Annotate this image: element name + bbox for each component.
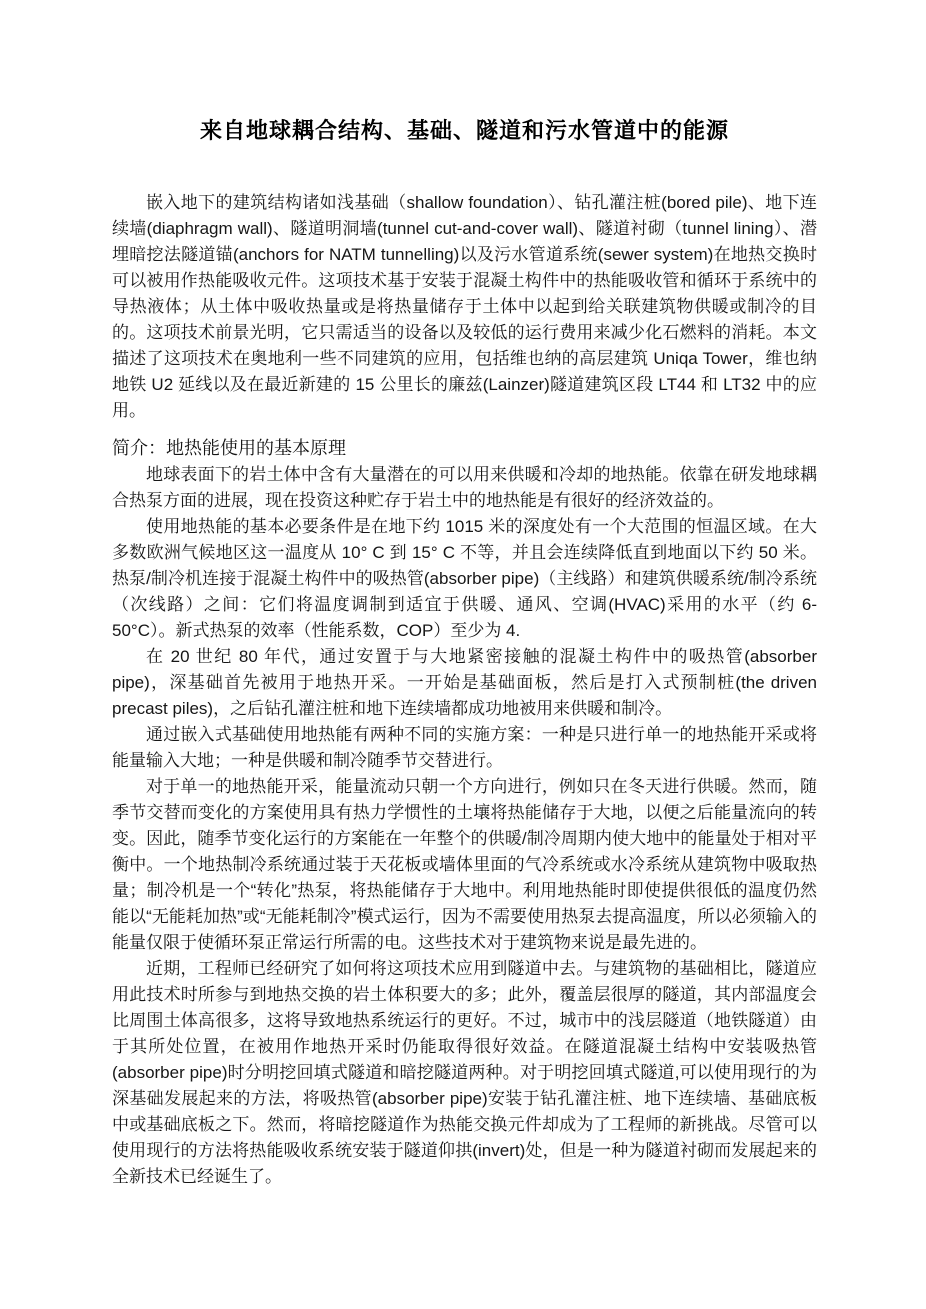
abstract-paragraph: 嵌入地下的建筑结构诸如浅基础（shallow foundation）、钻孔灌注桩… <box>112 190 817 424</box>
section-heading: 简介：地热能使用的基本原理 <box>112 435 817 462</box>
body-paragraph-2: 使用地热能的基本必要条件是在地下约 1015 米的深度处有一个大范围的恒温区域。… <box>112 514 817 644</box>
document-content: 来自地球耦合结构、基础、隧道和污水管道中的能源 嵌入地下的建筑结构诸如浅基础（s… <box>112 116 817 1190</box>
body-paragraph-5: 对于单一的地热能开采，能量流动只朝一个方向进行，例如只在冬天进行供暖。然而，随季… <box>112 774 817 956</box>
body-paragraph-3: 在 20 世纪 80 年代，通过安置于与大地紧密接触的混凝土构件中的吸热管(ab… <box>112 644 817 722</box>
body-paragraph-1: 地球表面下的岩土体中含有大量潜在的可以用来供暖和冷却的地热能。依靠在研发地球耦合… <box>112 462 817 514</box>
body-paragraph-4: 通过嵌入式基础使用地热能有两种不同的实施方案：一种是只进行单一的地热能开采或将能… <box>112 722 817 774</box>
document-page: 来自地球耦合结构、基础、隧道和污水管道中的能源 嵌入地下的建筑结构诸如浅基础（s… <box>0 0 926 1309</box>
page-title: 来自地球耦合结构、基础、隧道和污水管道中的能源 <box>112 116 817 146</box>
body-paragraph-6: 近期，工程师已经研究了如何将这项技术应用到隧道中去。与建筑物的基础相比，隧道应用… <box>112 956 817 1190</box>
